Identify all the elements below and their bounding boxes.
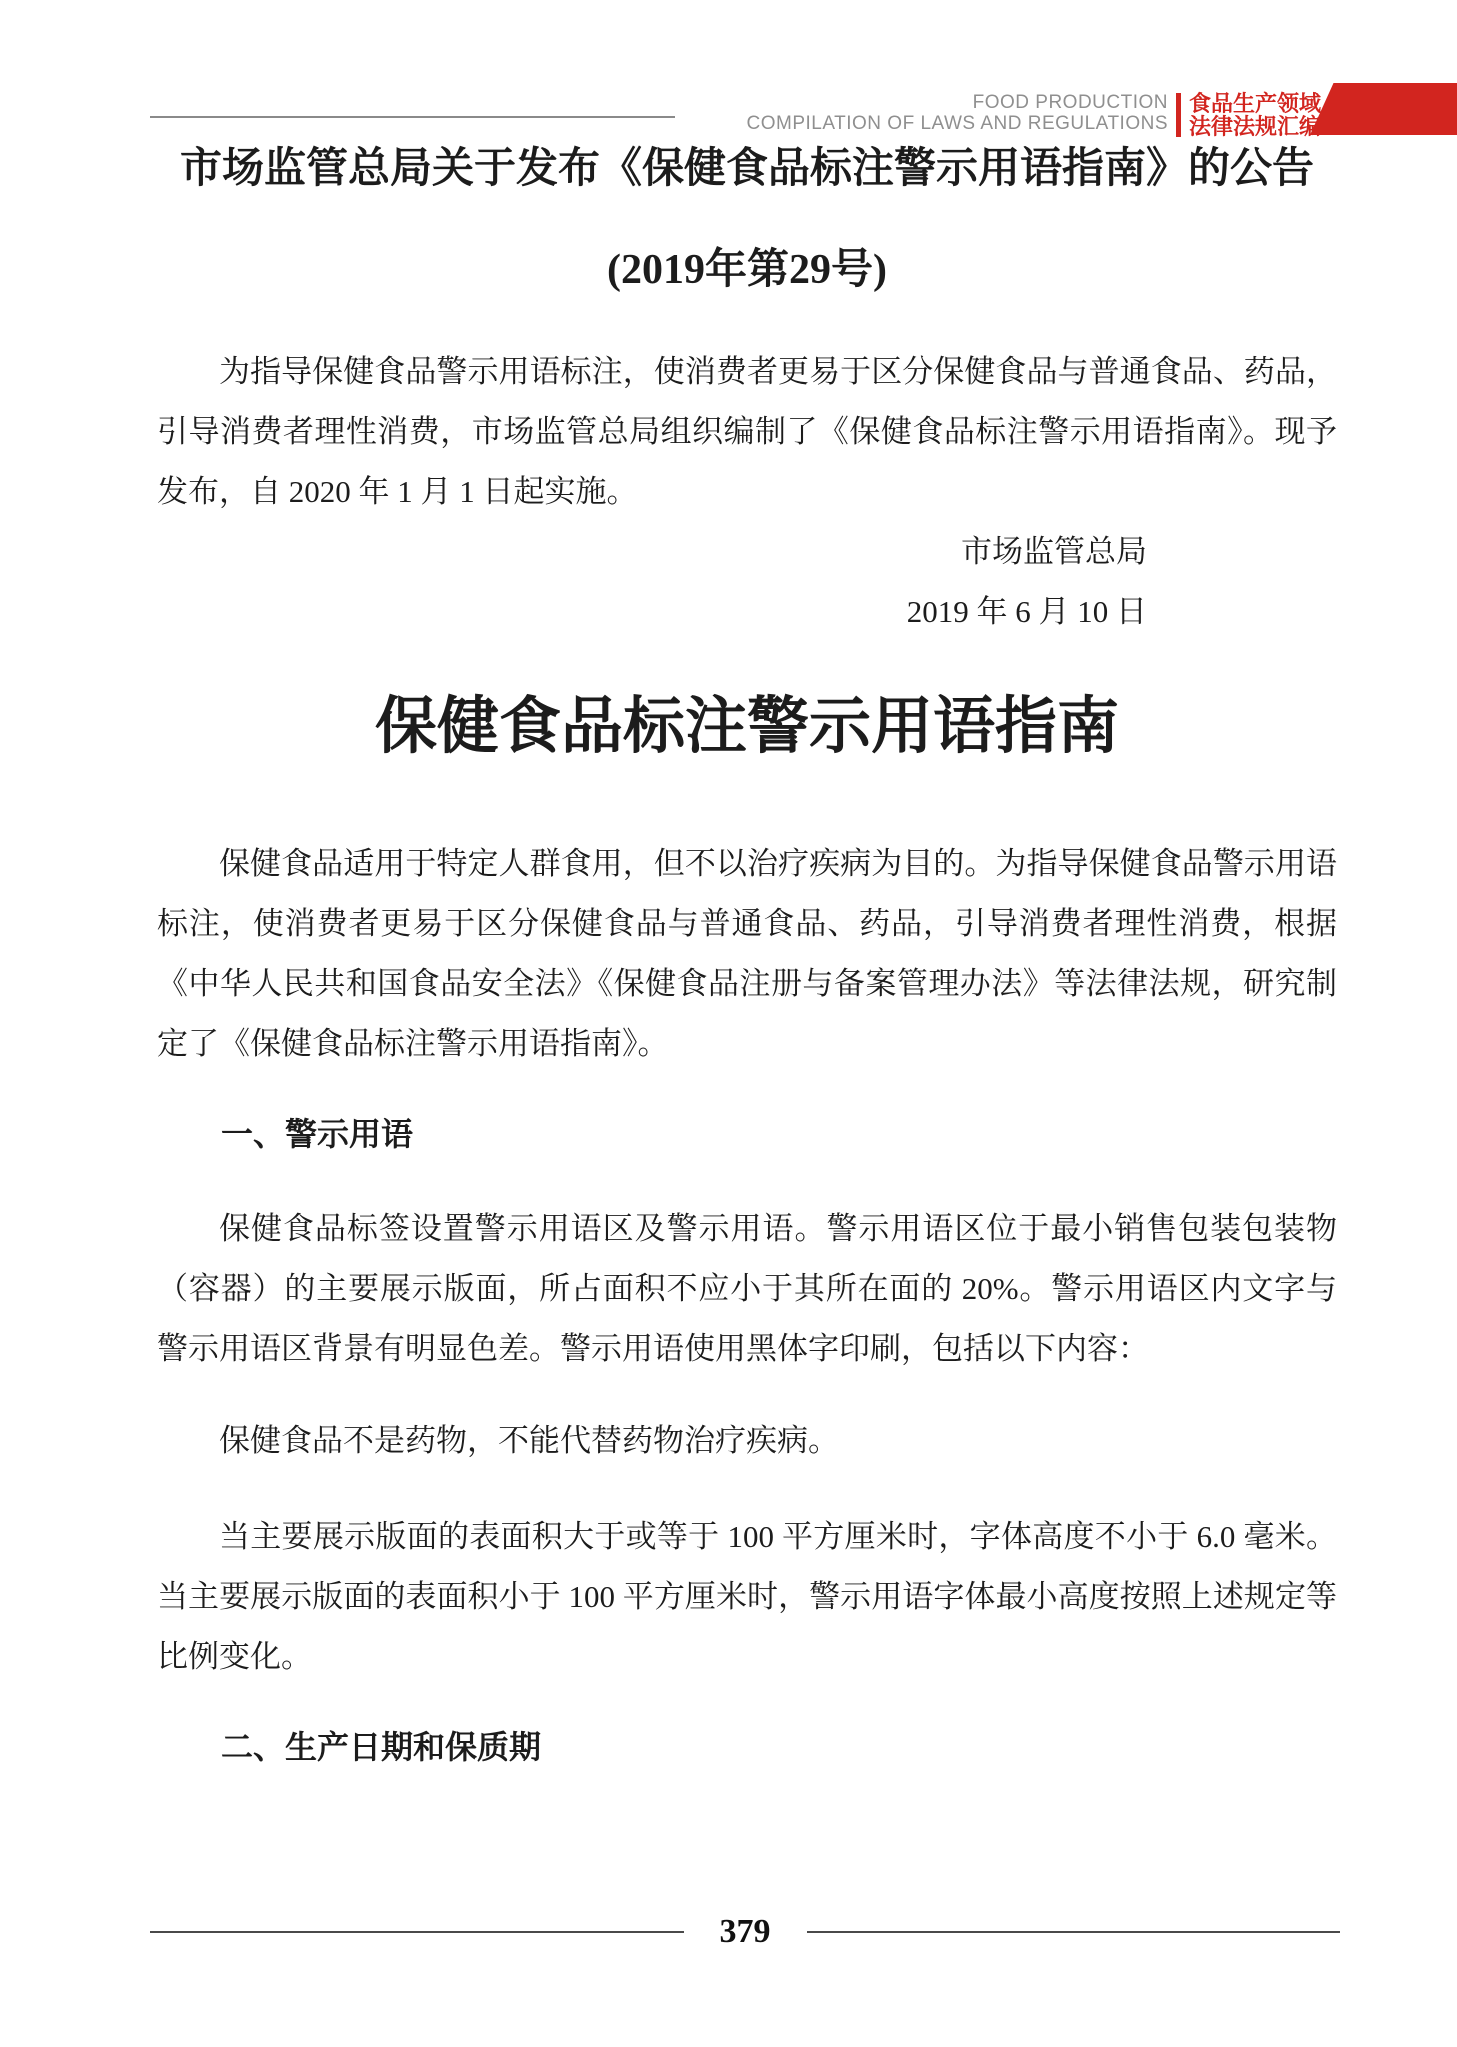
section-2-heading: 二、生产日期和保质期 [157,1717,1337,1777]
guide-title: 保健食品标注警示用语指南 [157,687,1337,767]
page-footer: 379 [150,1905,1340,1959]
signature-date: 2019 年 6 月 10 日 [157,582,1337,642]
guide-intro-paragraph: 保健食品适用于特定人群食用，但不以治疗疾病为目的。为指导保健食品警示用语标注，使… [157,834,1337,1074]
announcement-title: 市场监管总局关于发布《保健食品标注警示用语指南》的公告 [157,142,1337,196]
page-content: 市场监管总局关于发布《保健食品标注警示用语指南》的公告 (2019年第29号) … [157,0,1337,1777]
signature-issuer: 市场监管总局 [157,522,1337,582]
footer-rule-right [807,1931,1341,1933]
section-1-paragraph-1: 保健食品标签设置警示用语区及警示用语。警示用语区位于最小销售包装包装物（容器）的… [157,1199,1337,1379]
section-1-heading: 一、警示用语 [157,1104,1337,1164]
document-page: FOOD PRODUCTION COMPILATION OF LAWS AND … [0,0,1457,2047]
announcement-subtitle: (2019年第29号) [157,244,1337,296]
announcement-body: 为指导保健食品警示用语标注，使消费者更易于区分保健食品与普通食品、药品，引导消费… [157,342,1337,522]
section-1-paragraph-2: 保健食品不是药物，不能代替药物治疗疾病。 [157,1411,1337,1471]
section-1-paragraph-3: 当主要展示版面的表面积大于或等于 100 平方厘米时，字体高度不小于 6.0 毫… [157,1507,1337,1687]
footer-rule-left [150,1931,684,1933]
page-number: 379 [720,1905,771,1959]
